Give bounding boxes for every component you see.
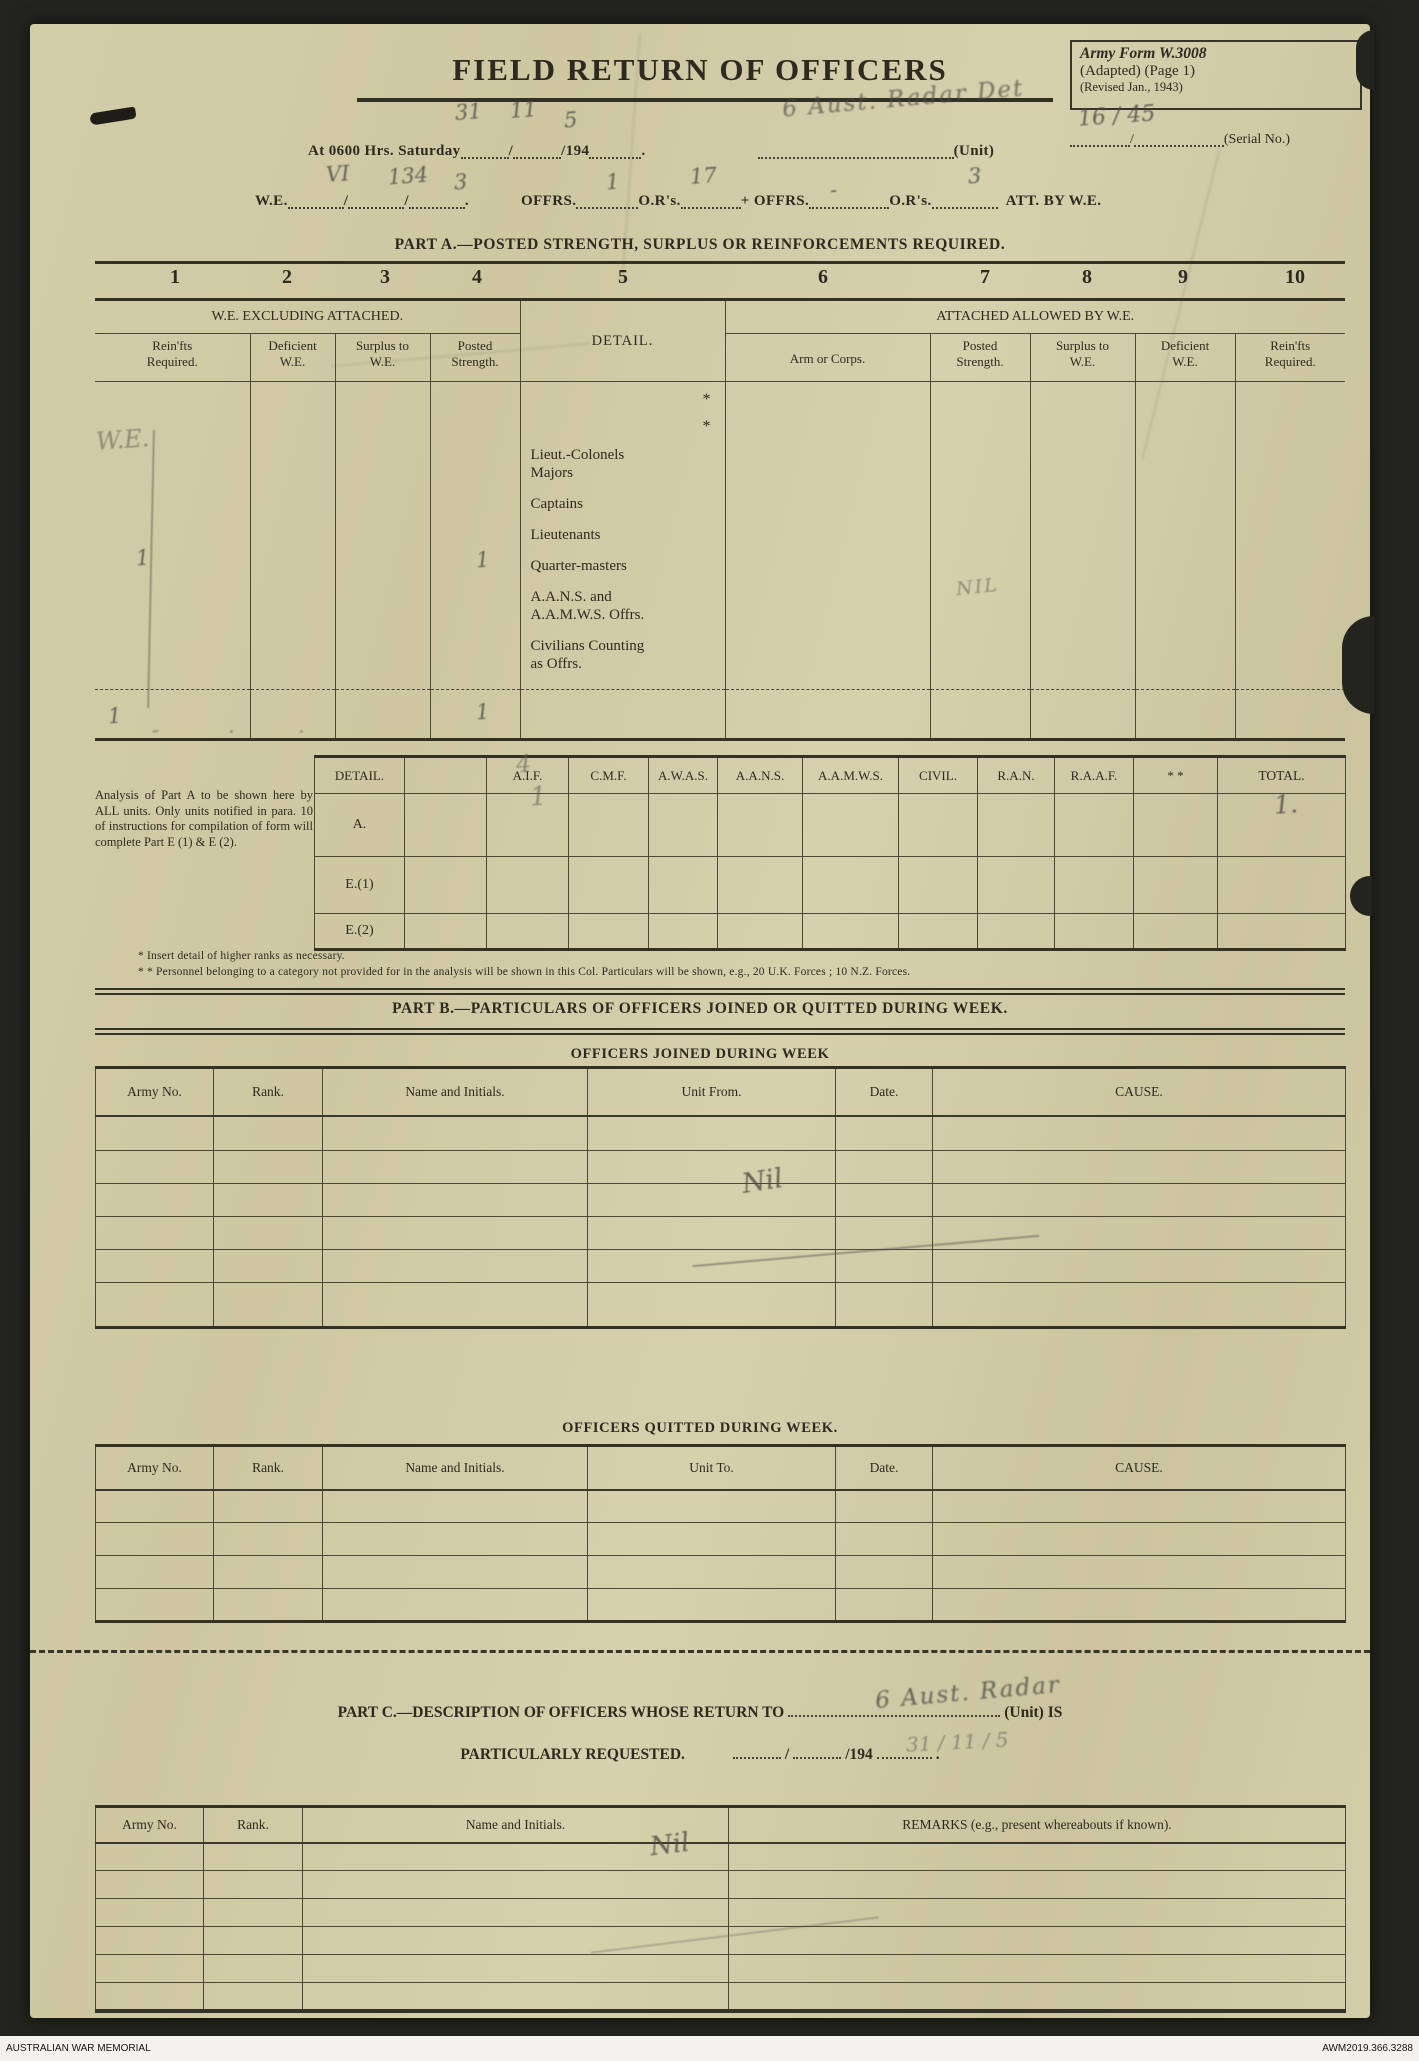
rule [95,261,1345,264]
quitted-cell [933,1490,1346,1523]
detail-row-majors: Majors [521,464,725,482]
joined-cell [323,1283,588,1328]
joined-cell [214,1116,323,1151]
analysis-header-civil: CIVIL. [899,757,978,794]
handwritten-aif-top: 4 [515,750,532,779]
joined-cell [96,1184,214,1217]
body-cell-col8 [1030,382,1135,690]
joined-cell [96,1151,214,1184]
handwritten-total-a: 1. [1273,789,1299,820]
rule [95,1028,1345,1035]
handwritten-col1-value: 1 [135,546,150,571]
year-printed: /194 [561,143,589,160]
quitted-cell [96,1589,214,1622]
quitted-cell [323,1556,588,1589]
handwritten-joined-nil: Nil [740,1163,785,1200]
col-number-4: 4 [462,266,492,289]
datetime-line: At 0600 Hrs. Saturday / /194 . (Unit) [308,142,994,159]
column-numbers-row: 1 2 3 4 5 6 7 8 9 10 [95,266,1345,298]
ink-smudge [89,106,136,125]
analysis-header-total: TOTAL. [1218,757,1346,794]
col-number-6: 6 [808,266,838,289]
totals-cell-col3 [335,690,430,740]
joined-cell [214,1250,323,1283]
joined-cell [323,1184,588,1217]
analysis-cell [405,857,487,914]
analysis-cell [569,794,649,857]
ors-label-2: O.R's. [889,193,931,210]
quitted-cell [588,1556,836,1589]
officers-joined-title: OFFICERS JOINED DURING WEEK [30,1046,1370,1063]
analysis-cell [1055,794,1134,857]
totals-cell-col8 [1030,690,1135,740]
offrs-label: OFFRS. [521,193,576,210]
analysis-header-aamws: A.A.M.W.S. [803,757,899,794]
year-blank [589,142,641,159]
body-cell-col10 [1235,382,1345,690]
quitted-cell [836,1589,933,1622]
analysis-header-aans: A.A.N.S. [718,757,803,794]
datetime-label: At 0600 Hrs. Saturday [308,143,461,160]
analysis-header-blank [405,757,487,794]
detail-header: DETAIL. [520,300,725,382]
joined-cell [214,1151,323,1184]
analysis-row-e2-label: E.(2) [315,914,405,950]
joined-header-army-no: Army No. [96,1068,214,1116]
analysis-cell [1218,914,1346,950]
handwritten-total-1: 1 [107,704,122,729]
analysis-cell [487,794,569,857]
quitted-cell [214,1589,323,1622]
handwritten-month: 11 [509,97,537,123]
joined-header-cause: CAUSE. [933,1068,1346,1116]
part-c-requested-text: PARTICULARLY REQUESTED. [460,1746,685,1763]
subheader-posted-strength: Posted Strength. [430,334,520,382]
part-c-cell [303,1983,729,2011]
part-c-cell [204,1843,303,1871]
totals-cell-col10 [1235,690,1345,740]
credit-left: AUSTRALIAN WAR MEMORIAL [6,2043,151,2054]
joined-header-unit-from: Unit From. [588,1068,836,1116]
analysis-header-awas: A.W.A.S. [649,757,718,794]
part-c-cell [204,1871,303,1899]
analysis-header-raaf: R.A.A.F. [1055,757,1134,794]
quitted-cell [836,1523,933,1556]
analysis-header-other: * * [1134,757,1218,794]
joined-cell [323,1250,588,1283]
analysis-cell [487,914,569,950]
joined-cell [836,1151,933,1184]
joined-cell [933,1151,1346,1184]
analysis-cell [718,857,803,914]
body-cell-col4 [430,382,520,690]
serial-blank [1134,130,1224,147]
joined-header-name: Name and Initials. [323,1068,588,1116]
part-c-slash: / [785,1746,789,1763]
totals-cell-col2 [250,690,335,740]
ors-label: O.R's. [638,193,680,210]
officers-joined-table: Army No. Rank. Name and Initials. Unit F… [95,1066,1346,1329]
body-cell-col9 [1135,382,1235,690]
officers-quitted-table: Army No. Rank. Name and Initials. Unit T… [95,1444,1346,1623]
ors-blank [681,192,741,209]
scanned-document: Army Form W.3008 (Adapted) (Page 1) (Rev… [0,0,1419,2061]
part-c-header-remarks: REMARKS (e.g., present whereabouts if kn… [729,1807,1346,1843]
part-c-cell [729,1983,1346,2011]
totals-cell-col4 [430,690,520,740]
joined-header-rank: Rank. [214,1068,323,1116]
analysis-cell [1055,857,1134,914]
quitted-cell [323,1490,588,1523]
analysis-cell [978,914,1055,950]
analysis-cell [803,794,899,857]
detail-row-captains: Captains [521,495,725,513]
subheader-att-surplus-we: Surplus to W.E. [1030,334,1135,382]
analysis-cell [803,857,899,914]
subheader-arm-or-corps: Arm or Corps. [725,334,930,382]
part-c-cell [204,1899,303,1927]
quitted-cell [933,1589,1346,1622]
subheader-reinfts-required: Rein'fts Required. [95,334,250,382]
serial-label: (Serial No.) [1224,132,1290,147]
part-c-cell [96,1927,204,1955]
part-c-unit-label: (Unit) IS [1004,1704,1062,1721]
quitted-header-cause: CAUSE. [933,1446,1346,1490]
joined-cell [96,1250,214,1283]
col-number-7: 7 [970,266,1000,289]
analysis-cell [487,857,569,914]
subheader-att-posted-strength: Posted Strength. [930,334,1030,382]
quitted-cell [588,1589,836,1622]
footnote-1: * Insert detail of higher ranks as neces… [138,950,345,962]
dot: . [465,193,469,210]
analysis-cell [899,857,978,914]
joined-cell [588,1151,836,1184]
quitted-cell [96,1490,214,1523]
analysis-header-detail: DETAIL. [315,757,405,794]
joined-cell [588,1217,836,1250]
part-c-cell [204,1983,303,2011]
dot: . [641,143,645,160]
body-cell-col3 [335,382,430,690]
analysis-cell [649,794,718,857]
part-c-cell [303,1899,729,1927]
quitted-cell [214,1556,323,1589]
analysis-cell [978,857,1055,914]
analysis-cell [978,794,1055,857]
totals-cell-col9 [1135,690,1235,740]
credit-right: AWM2019.366.3288 [1322,2043,1413,2054]
subheader-deficient-we: Deficient W.E. [250,334,335,382]
month-blank [513,142,561,159]
part-c-cell [204,1955,303,1983]
joined-header-date: Date. [836,1068,933,1116]
analysis-cell [569,914,649,950]
part-c-cell [96,1983,204,2011]
handwritten-we3: 3 [453,170,468,195]
handwritten-we2: 134 [387,163,429,190]
joined-cell [836,1116,933,1151]
part-a-heading: PART A.—POSTED STRENGTH, SURPLUS OR REIN… [30,236,1370,254]
part-c-cell [303,1927,729,1955]
part-c-table: Army No. Rank. Name and Initials. REMARK… [95,1805,1346,2013]
we-line: W.E. / / . OFFRS. O.R's. + OFFRS. O.R's.… [255,192,1101,209]
col-number-10: 10 [1277,266,1313,289]
part-c-cell [303,1955,729,1983]
analysis-cell [1134,857,1218,914]
handwritten-col7-nil: NIL [955,574,1000,600]
handwritten-col4-value: 1 [475,548,490,573]
joined-cell [588,1184,836,1217]
quitted-header-army-no: Army No. [96,1446,214,1490]
part-c-heading-line1: PART C.—DESCRIPTION OF OFFICERS WHOSE RE… [30,1700,1370,1722]
analysis-cell [1134,914,1218,950]
analysis-row-a-label: A. [315,794,405,857]
part-c-cell [96,1955,204,1983]
col-number-8: 8 [1072,266,1102,289]
handwritten-day: 31 [454,99,482,125]
we-blank [409,192,465,209]
joined-cell [933,1250,1346,1283]
joined-cell [933,1184,1346,1217]
joined-cell [214,1217,323,1250]
joined-cell [588,1116,836,1151]
part-c-cell [96,1871,204,1899]
handwritten-part-c-nil: Nil [648,1828,691,1863]
part-c-cell [729,1899,1346,1927]
torn-edge-notch [1356,30,1374,90]
subheader-surplus-we: Surplus to W.E. [335,334,430,382]
joined-cell [323,1151,588,1184]
analysis-cell [405,794,487,857]
serial-blank [1070,130,1130,147]
col-number-1: 1 [160,266,190,289]
handwritten-offrs2: - [829,178,838,202]
part-c-header-army-no: Army No. [96,1807,204,1843]
offrs2-blank [809,192,889,209]
part-c-heading-text: PART C.—DESCRIPTION OF OFFICERS WHOSE RE… [338,1704,785,1721]
part-c-cell [96,1843,204,1871]
joined-cell [96,1116,214,1151]
handwritten-total-5: 1 [475,700,490,725]
analysis-table: DETAIL. A.I.F. C.M.F. A.W.A.S. A.A.N.S. … [314,755,1346,951]
quitted-header-date: Date. [836,1446,933,1490]
subheader-att-reinfts-required: Rein'fts Required. [1235,334,1345,382]
joined-cell [836,1283,933,1328]
serial-line: / (Serial No.) [1070,130,1290,147]
quitted-cell [214,1490,323,1523]
quitted-cell [96,1556,214,1589]
unit-blank [758,142,954,159]
form-paper: Army Form W.3008 (Adapted) (Page 1) (Rev… [30,24,1370,2018]
quitted-cell [323,1589,588,1622]
detail-list-cell: * * Lieut.-Colonels Majors Captains Lieu… [520,382,725,690]
part-b-heading: PART B.—PARTICULARS OF OFFICERS JOINED O… [30,1000,1370,1018]
offrs-blank [576,192,638,209]
asterisk-note-2: * [521,413,711,440]
joined-cell [323,1217,588,1250]
body-cell-col7 [930,382,1030,690]
rule [95,988,1345,995]
quitted-cell [214,1523,323,1556]
analysis-header-ran: R.A.N. [978,757,1055,794]
joined-cell [214,1283,323,1328]
handwritten-we1: VI [325,161,350,187]
analysis-note: Analysis of Part A to be shown here by A… [95,788,313,851]
joined-cell [588,1250,836,1283]
body-cell-col2 [250,382,335,690]
credit-strip: AUSTRALIAN WAR MEMORIAL AWM2019.366.3288 [0,2036,1419,2061]
part-a-table: W.E. EXCLUDING ATTACHED. DETAIL. ATTACHE… [95,298,1345,741]
we-label: W.E. [255,193,288,210]
we-blank [288,192,344,209]
handwritten-ors2: 3 [967,164,982,189]
analysis-cell [1055,914,1134,950]
col-number-9: 9 [1168,266,1198,289]
part-c-cell [729,1843,1346,1871]
analysis-cell [1134,794,1218,857]
footnote-2: * * Personnel belonging to a category no… [138,966,1353,978]
analysis-cell [569,857,649,914]
perforation-line [30,1650,1370,1653]
joined-cell [96,1283,214,1328]
asterisk-note-1: * [521,386,711,413]
joined-cell [836,1250,933,1283]
joined-cell [214,1184,323,1217]
analysis-cell [718,914,803,950]
analysis-cell [649,914,718,950]
handwritten-aif-bottom: 1 [529,781,548,812]
totals-cell-col7 [930,690,1030,740]
handwritten-ors1: 17 [689,163,717,189]
part-c-heading-line2: PARTICULARLY REQUESTED. / /194 . [30,1742,1370,1764]
analysis-row-e1-label: E.(1) [315,857,405,914]
part-c-cell [303,1871,729,1899]
detail-row-lieutenants: Lieutenants [521,526,725,544]
handwritten-serial: 16 / 45 [1077,101,1156,131]
torn-edge-notch [1342,616,1374,714]
handwritten-we-mark: W.E. [95,424,150,456]
part-c-day-blank [733,1742,781,1759]
quitted-cell [933,1556,1346,1589]
we-blank [348,192,404,209]
joined-cell [933,1217,1346,1250]
part-c-year-printed: /194 [845,1746,873,1763]
subheader-att-deficient-we: Deficient W.E. [1135,334,1235,382]
day-blank [461,142,509,159]
group-header-left: W.E. EXCLUDING ATTACHED. [95,300,520,334]
handwritten-offrs1: 1 [605,170,620,195]
quitted-header-rank: Rank. [214,1446,323,1490]
part-c-cell [729,1955,1346,1983]
analysis-cell [803,914,899,950]
col-number-3: 3 [370,266,400,289]
analysis-header-cmf: C.M.F. [569,757,649,794]
ors2-blank [932,192,998,209]
quitted-cell [588,1490,836,1523]
analysis-cell [899,914,978,950]
analysis-cell [718,794,803,857]
quitted-header-name: Name and Initials. [323,1446,588,1490]
quitted-cell [836,1490,933,1523]
col-number-2: 2 [272,266,302,289]
quitted-cell [836,1556,933,1589]
totals-cell-col6 [725,690,930,740]
part-c-header-rank: Rank. [204,1807,303,1843]
joined-cell [96,1217,214,1250]
detail-row-lieut-colonels: Lieut.-Colonels [521,446,725,464]
quitted-cell [933,1523,1346,1556]
quitted-cell [323,1523,588,1556]
officers-quitted-title: OFFICERS QUITTED DURING WEEK. [30,1420,1370,1437]
page-title: FIELD RETURN OF OFFICERS [30,52,1370,88]
col-number-5: 5 [608,266,638,289]
part-c-cell [729,1871,1346,1899]
joined-cell [933,1116,1346,1151]
detail-row-aans-aamws: A.A.N.S. and A.A.M.W.S. Offrs. [521,588,725,624]
part-c-month-blank [793,1742,841,1759]
unit-label: (Unit) [954,143,995,160]
quitted-cell [588,1523,836,1556]
part-c-cell [204,1927,303,1955]
analysis-cell [405,914,487,950]
analysis-cell [1218,857,1346,914]
part-c-cell [729,1927,1346,1955]
quitted-cell [96,1523,214,1556]
handwritten-year: 5 [563,108,578,133]
group-header-right: ATTACHED ALLOWED BY W.E. [725,300,1345,334]
att-by-we-label: ATT. BY W.E. [1006,193,1102,210]
joined-cell [836,1184,933,1217]
detail-row-civilians: Civilians Counting as Offrs. [521,637,725,673]
plus-offrs-label: + OFFRS. [741,193,809,210]
quitted-header-unit-to: Unit To. [588,1446,836,1490]
detail-row-quarter-masters: Quarter-masters [521,557,725,575]
body-cell-col6 [725,382,930,690]
joined-cell [323,1116,588,1151]
analysis-cell [649,857,718,914]
totals-cell-col5 [520,690,725,740]
joined-cell [933,1283,1346,1328]
part-c-cell [96,1899,204,1927]
joined-cell [588,1283,836,1328]
analysis-cell [899,794,978,857]
